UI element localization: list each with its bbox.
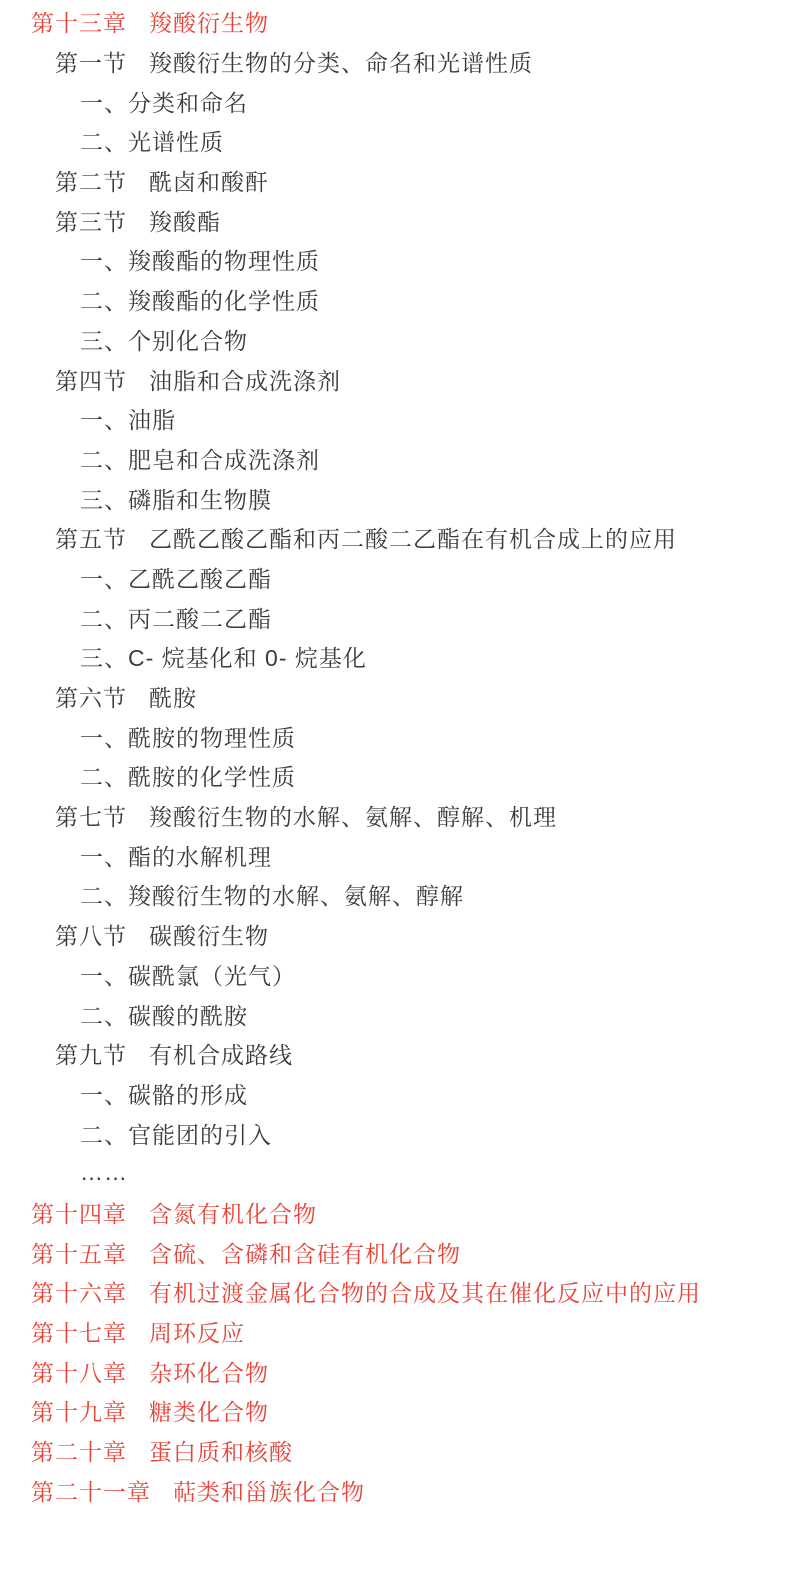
toc-line-title: 肥皂和合成洗涤剂: [128, 442, 320, 475]
toc-line-title: 羧酸衍生物的水解、氨解、醇解: [128, 878, 464, 911]
toc-line-label: 三、: [80, 482, 128, 515]
toc-line-section: 第一节羧酸衍生物的分类、命名和光谱性质: [0, 42, 790, 82]
toc-line-label: 二、: [80, 878, 128, 911]
toc-line-label: 第二十章: [31, 1434, 127, 1467]
toc-line-chapter: 第十五章含硫、含磷和含硅有机化合物: [0, 1232, 790, 1272]
toc-line-label: 第十六章: [31, 1275, 127, 1308]
toc-line-title: 酯的水解机理: [128, 839, 272, 872]
toc-line-ellipsis: ……: [0, 1153, 790, 1193]
toc-line-title: 酰胺的物理性质: [128, 720, 296, 753]
toc-line-item: 一、碳酰氯（光气）: [0, 955, 790, 995]
toc-line-title: 光谱性质: [128, 124, 224, 157]
toc-line-title: 羧酸酯的化学性质: [128, 283, 320, 316]
toc-line-item: 一、油脂: [0, 399, 790, 439]
toc-line-item: 二、羧酸衍生物的水解、氨解、醇解: [0, 875, 790, 915]
toc-line-title: 羧酸酯的物理性质: [128, 243, 320, 276]
toc-line-title: 含硫、含磷和含硅有机化合物: [149, 1236, 461, 1269]
toc-line-title: 丙二酸二乙酯: [128, 601, 272, 634]
toc-line-label: 二、: [80, 124, 128, 157]
toc-line-label: 第六节: [55, 680, 127, 713]
toc-line-item: 一、乙酰乙酸乙酯: [0, 558, 790, 598]
toc-line-label: 一、: [80, 720, 128, 753]
toc-line-item: 二、肥皂和合成洗涤剂: [0, 439, 790, 479]
toc-line-section: 第八节碳酸衍生物: [0, 915, 790, 955]
toc-line-section: 第七节羧酸衍生物的水解、氨解、醇解、机理: [0, 796, 790, 836]
toc-line-item: 一、分类和命名: [0, 81, 790, 121]
toc-line-item: 二、丙二酸二乙酯: [0, 597, 790, 637]
toc-line-label: 一、: [80, 1077, 128, 1110]
toc-line-title: 官能团的引入: [128, 1117, 272, 1150]
toc-page: 第十三章羧酸衍生物第一节羧酸衍生物的分类、命名和光谱性质一、分类和命名二、光谱性…: [0, 0, 790, 1576]
toc-line-label: 第十七章: [31, 1315, 127, 1348]
toc-line-label: 三、: [80, 323, 128, 356]
toc-line-item: 一、酰胺的物理性质: [0, 716, 790, 756]
toc-line-title: 羧酸衍生物的分类、命名和光谱性质: [149, 45, 533, 78]
toc-line-section: 第二节酰卤和酸酐: [0, 161, 790, 201]
toc-line-item: 一、羧酸酯的物理性质: [0, 240, 790, 280]
toc-line-label: 第十三章: [31, 5, 127, 38]
toc-line-chapter: 第二十章蛋白质和核酸: [0, 1431, 790, 1471]
toc-line-section: 第六节酰胺: [0, 677, 790, 717]
toc-line-title: 碳酸的酰胺: [128, 998, 248, 1031]
toc-line-title: 有机合成路线: [149, 1037, 293, 1070]
toc-line-title: 酰卤和酸酐: [149, 164, 269, 197]
toc-list: 第十三章羧酸衍生物第一节羧酸衍生物的分类、命名和光谱性质一、分类和命名二、光谱性…: [0, 2, 790, 1510]
toc-line-item: 二、羧酸酯的化学性质: [0, 280, 790, 320]
toc-line-title: 个别化合物: [128, 323, 248, 356]
toc-line-title: ……: [80, 1159, 128, 1186]
toc-line-chapter: 第十四章含氮有机化合物: [0, 1193, 790, 1233]
toc-line-title: 周环反应: [149, 1315, 245, 1348]
toc-line-label: 一、: [80, 402, 128, 435]
toc-line-item: 一、碳骼的形成: [0, 1074, 790, 1114]
toc-line-section: 第五节乙酰乙酸乙酯和丙二酸二乙酯在有机合成上的应用: [0, 518, 790, 558]
toc-line-label: 第十四章: [31, 1196, 127, 1229]
toc-line-label: 第七节: [55, 799, 127, 832]
toc-line-title: 乙酰乙酸乙酯和丙二酸二乙酯在有机合成上的应用: [149, 521, 677, 554]
toc-line-label: 第二节: [55, 164, 127, 197]
toc-line-title: 酰胺的化学性质: [128, 759, 296, 792]
toc-line-label: 第九节: [55, 1037, 127, 1070]
toc-line-title: 乙酰乙酸乙酯: [128, 561, 272, 594]
toc-line-label: 第十八章: [31, 1355, 127, 1388]
toc-line-label: 第三节: [55, 204, 127, 237]
toc-line-section: 第四节油脂和合成洗涤剂: [0, 359, 790, 399]
toc-line-label: 二、: [80, 601, 128, 634]
toc-line-label: 三、: [80, 640, 128, 673]
toc-line-label: 二、: [80, 759, 128, 792]
toc-line-chapter: 第十九章糖类化合物: [0, 1391, 790, 1431]
toc-line-item: 一、酯的水解机理: [0, 835, 790, 875]
toc-line-label: 二、: [80, 283, 128, 316]
toc-line-item: 三、磷脂和生物膜: [0, 478, 790, 518]
toc-line-title: 有机过渡金属化合物的合成及其在催化反应中的应用: [149, 1275, 701, 1308]
toc-line-item: 二、官能团的引入: [0, 1113, 790, 1153]
toc-line-label: 二、: [80, 1117, 128, 1150]
toc-line-title: 羧酸衍生物: [149, 5, 269, 38]
toc-line-label: 第一节: [55, 45, 127, 78]
toc-line-label: 第十五章: [31, 1236, 127, 1269]
toc-line-title: C- 烷基化和 0- 烷基化: [128, 640, 367, 673]
toc-line-chapter: 第十三章羧酸衍生物: [0, 2, 790, 42]
toc-line-title: 碳骼的形成: [128, 1077, 248, 1110]
toc-line-title: 分类和命名: [128, 85, 248, 118]
toc-line-title: 碳酸衍生物: [149, 918, 269, 951]
toc-line-label: 二、: [80, 442, 128, 475]
toc-line-title: 糖类化合物: [149, 1394, 269, 1427]
toc-line-chapter: 第十七章周环反应: [0, 1312, 790, 1352]
toc-line-chapter: 第二十一章萜类和甾族化合物: [0, 1470, 790, 1510]
toc-line-title: 羧酸酯: [149, 204, 221, 237]
toc-line-title: 磷脂和生物膜: [128, 482, 272, 515]
toc-line-title: 油脂: [128, 402, 176, 435]
toc-line-title: 油脂和合成洗涤剂: [149, 363, 341, 396]
toc-line-item: 三、个别化合物: [0, 320, 790, 360]
toc-line-section: 第九节有机合成路线: [0, 1034, 790, 1074]
toc-line-label: 第二十一章: [31, 1474, 151, 1507]
toc-line-label: 第五节: [55, 521, 127, 554]
toc-line-chapter: 第十六章有机过渡金属化合物的合成及其在催化反应中的应用: [0, 1272, 790, 1312]
toc-line-label: 一、: [80, 839, 128, 872]
toc-line-item: 二、酰胺的化学性质: [0, 756, 790, 796]
toc-line-label: 第十九章: [31, 1394, 127, 1427]
toc-line-title: 杂环化合物: [149, 1355, 269, 1388]
toc-line-label: 第四节: [55, 363, 127, 396]
toc-line-chapter: 第十八章杂环化合物: [0, 1351, 790, 1391]
toc-line-label: 第八节: [55, 918, 127, 951]
toc-line-label: 一、: [80, 85, 128, 118]
toc-line-item: 二、碳酸的酰胺: [0, 994, 790, 1034]
toc-line-label: 一、: [80, 958, 128, 991]
toc-line-label: 一、: [80, 243, 128, 276]
toc-line-title: 萜类和甾族化合物: [173, 1474, 365, 1507]
toc-line-title: 含氮有机化合物: [149, 1196, 317, 1229]
toc-line-title: 蛋白质和核酸: [149, 1434, 293, 1467]
toc-line-title: 酰胺: [149, 680, 197, 713]
toc-line-title: 羧酸衍生物的水解、氨解、醇解、机理: [149, 799, 557, 832]
toc-line-title: 碳酰氯（光气）: [128, 958, 296, 991]
toc-line-item: 二、光谱性质: [0, 121, 790, 161]
toc-line-label: 二、: [80, 998, 128, 1031]
toc-line-section: 第三节羧酸酯: [0, 200, 790, 240]
toc-line-label: 一、: [80, 561, 128, 594]
toc-line-item: 三、C- 烷基化和 0- 烷基化: [0, 637, 790, 677]
